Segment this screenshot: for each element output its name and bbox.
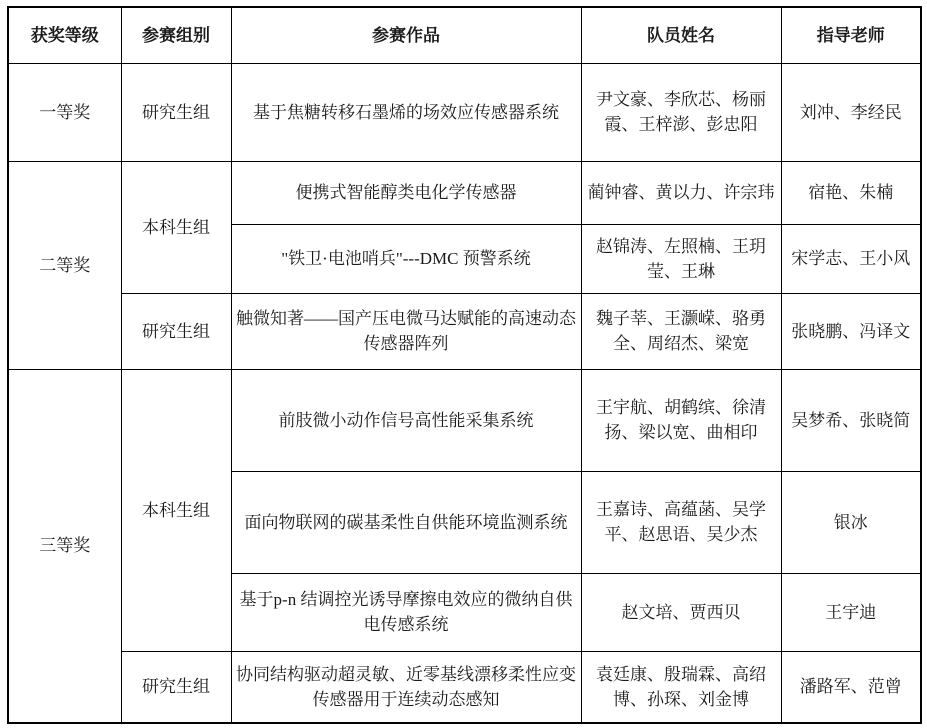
col-header-members: 队员姓名 xyxy=(581,7,781,63)
group-cell: 本科生组 xyxy=(121,369,231,651)
teachers-cell: 刘冲、李经民 xyxy=(781,63,921,161)
members-cell: 赵锦涛、左照楠、王玥莹、王琳 xyxy=(581,224,781,293)
teachers-cell: 潘路军、范曾 xyxy=(781,651,921,723)
work-cell: 协同结构驱动超灵敏、近零基线漂移柔性应变传感器用于连续动态感知 xyxy=(231,651,581,723)
teachers-cell: 宋学志、王小风 xyxy=(781,224,921,293)
work-cell: "铁卫·电池哨兵"---DMC 预警系统 xyxy=(231,224,581,293)
col-header-award-level: 获奖等级 xyxy=(8,7,121,63)
col-header-teachers: 指导老师 xyxy=(781,7,921,63)
work-cell: 触微知著——国产压电微马达赋能的高速动态传感器阵列 xyxy=(231,293,581,369)
header-row: 获奖等级 参赛组别 参赛作品 队员姓名 指导老师 xyxy=(8,7,921,63)
col-header-work: 参赛作品 xyxy=(231,7,581,63)
group-cell: 研究生组 xyxy=(121,63,231,161)
work-cell: 面向物联网的碳基柔性自供能环境监测系统 xyxy=(231,471,581,573)
members-cell: 王宇航、胡鹤缤、徐清扬、梁以宽、曲相印 xyxy=(581,369,781,471)
work-cell: 便携式智能醇类电化学传感器 xyxy=(231,161,581,224)
group-cell: 研究生组 xyxy=(121,293,231,369)
table-row: 三等奖 本科生组 前肢微小动作信号高性能采集系统 王宇航、胡鹤缤、徐清扬、梁以宽… xyxy=(8,369,921,471)
table-row: 二等奖 本科生组 便携式智能醇类电化学传感器 蔺钟睿、黄以力、许宗玮 宿艳、朱楠 xyxy=(8,161,921,224)
work-cell: 基于p-n 结调控光诱导摩擦电效应的微纳自供电传感系统 xyxy=(231,573,581,651)
table-row: 研究生组 触微知著——国产压电微马达赋能的高速动态传感器阵列 魏子莘、王灏嵘、骆… xyxy=(8,293,921,369)
work-cell: 前肢微小动作信号高性能采集系统 xyxy=(231,369,581,471)
members-cell: 尹文豪、李欣芯、杨丽霞、王梓澎、彭忠阳 xyxy=(581,63,781,161)
teachers-cell: 银冰 xyxy=(781,471,921,573)
members-cell: 蔺钟睿、黄以力、许宗玮 xyxy=(581,161,781,224)
table-row: 研究生组 协同结构驱动超灵敏、近零基线漂移柔性应变传感器用于连续动态感知 袁廷康… xyxy=(8,651,921,723)
group-cell: 本科生组 xyxy=(121,161,231,293)
award-cell: 三等奖 xyxy=(8,369,121,723)
teachers-cell: 王宇迪 xyxy=(781,573,921,651)
award-cell: 一等奖 xyxy=(8,63,121,161)
group-cell: 研究生组 xyxy=(121,651,231,723)
teachers-cell: 宿艳、朱楠 xyxy=(781,161,921,224)
teachers-cell: 张晓鹏、冯译文 xyxy=(781,293,921,369)
col-header-group: 参赛组别 xyxy=(121,7,231,63)
awards-table: 获奖等级 参赛组别 参赛作品 队员姓名 指导老师 一等奖 研究生组 基于焦糖转移… xyxy=(7,6,922,724)
members-cell: 袁廷康、殷瑞霖、高绍博、孙琛、刘金博 xyxy=(581,651,781,723)
work-cell: 基于焦糖转移石墨烯的场效应传感器系统 xyxy=(231,63,581,161)
members-cell: 王嘉诗、高蕴菡、吴学平、赵思语、吴少杰 xyxy=(581,471,781,573)
page: 获奖等级 参赛组别 参赛作品 队员姓名 指导老师 一等奖 研究生组 基于焦糖转移… xyxy=(0,0,927,728)
members-cell: 赵文培、贾西贝 xyxy=(581,573,781,651)
teachers-cell: 吴梦希、张晓简 xyxy=(781,369,921,471)
members-cell: 魏子莘、王灏嵘、骆勇全、周绍杰、梁宽 xyxy=(581,293,781,369)
table-row: 一等奖 研究生组 基于焦糖转移石墨烯的场效应传感器系统 尹文豪、李欣芯、杨丽霞、… xyxy=(8,63,921,161)
award-cell: 二等奖 xyxy=(8,161,121,369)
